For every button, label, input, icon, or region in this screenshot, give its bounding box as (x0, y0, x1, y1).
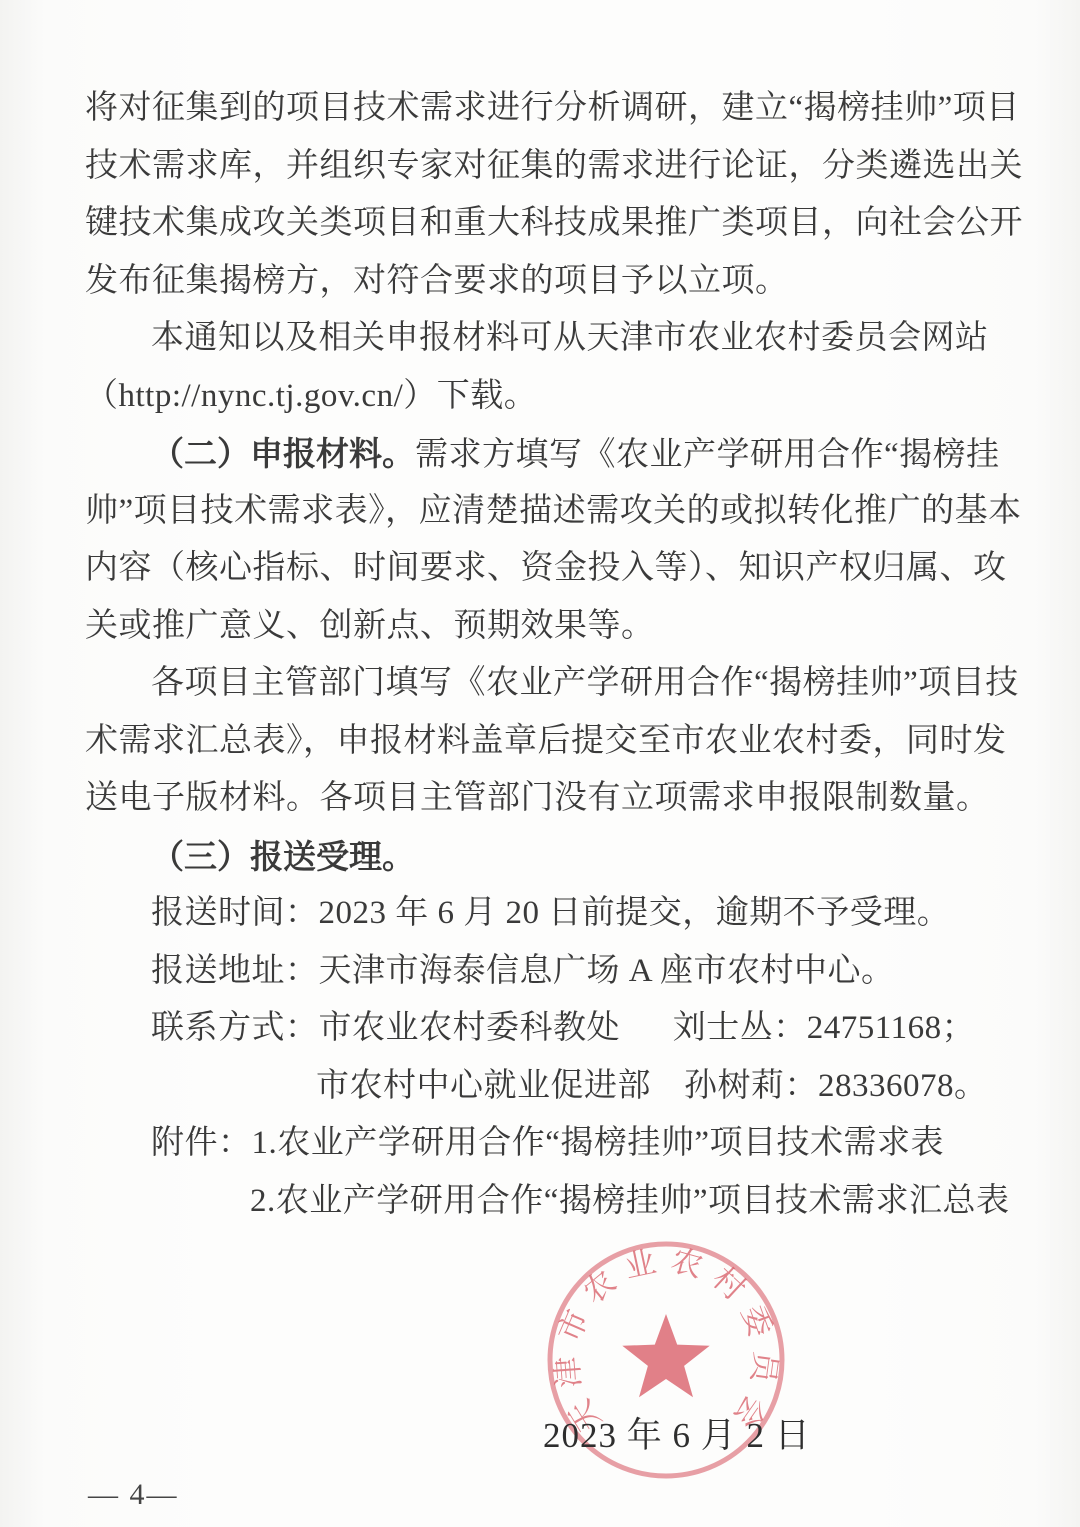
document-line: 市农村中心就业促进部孙树莉：28336078。 (85, 1058, 1010, 1116)
page-number: — 4— (88, 1478, 179, 1512)
document-text: 市农村中心就业促进部 (316, 1068, 651, 1104)
document-text: 技术需求库，并组织专家对征集的需求进行论证，分类遴选出关 (85, 148, 1023, 184)
document-text: 送电子版材料。各项目主管部门没有立项需求申报限制数量。 (85, 780, 990, 816)
document-line: 附件：1.农业产学研用合作“揭榜挂帅”项目技术需求表 (85, 1115, 1010, 1173)
document-line: （二）申报材料。需求方填写《农业产学研用合作“揭榜挂 (85, 425, 1010, 483)
document-line: 联系方式：市农业农村委科教处刘士丛：24751168； (85, 1000, 1010, 1058)
document-text: 各项目主管部门填写《农业产学研用合作“揭榜挂帅”项目技 (151, 665, 1019, 701)
document-line: 将对征集到的项目技术需求进行分析调研，建立“揭榜挂帅”项目 (85, 80, 1010, 138)
document-text: 联系方式：市农业农村委科教处 (151, 1010, 620, 1046)
document-line: 技术需求库，并组织专家对征集的需求进行论证，分类遴选出关 (85, 138, 1010, 196)
document-line: 各项目主管部门填写《农业产学研用合作“揭榜挂帅”项目技 (85, 655, 1010, 713)
document-line: 内容（核心指标、时间要求、资金投入等）、知识产权归属、攻 (85, 540, 1010, 598)
document-line: 报送时间：2023 年 6 月 20 日前提交，逾期不予受理。 (85, 885, 1010, 943)
document-lines: 将对征集到的项目技术需求进行分析调研，建立“揭榜挂帅”项目技术需求库，并组织专家… (85, 80, 1010, 1230)
document-text: 发布征集揭榜方，对符合要求的项目予以立项。 (85, 263, 789, 299)
document-text: 报送时间：2023 年 6 月 20 日前提交，逾期不予受理。 (151, 895, 950, 931)
document-page: 将对征集到的项目技术需求进行分析调研，建立“揭榜挂帅”项目技术需求库，并组织专家… (0, 0, 1080, 1527)
document-line: （http://nync.tj.gov.cn/）下载。 (85, 368, 1010, 426)
document-line: （三）报送受理。 (85, 828, 1010, 886)
document-text: 关或推广意义、创新点、预期效果等。 (85, 608, 655, 644)
document-text: 本通知以及相关申报材料可从天津市农业农村委员会网站 (151, 320, 989, 356)
document-text: 2.农业产学研用合作“揭榜挂帅”项目技术需求汇总表 (250, 1183, 1010, 1219)
signature-date: 2023 年 6 月 2 日 (543, 1408, 811, 1458)
document-line: 帅”项目技术需求表》，应清楚描述需攻关的或拟转化推广的基本 (85, 483, 1010, 541)
document-text: 报送地址：天津市海泰信息广场 A 座市农村中心。 (151, 953, 895, 989)
document-text-bold: （三）报送受理。 (151, 838, 415, 875)
document-text-bold: （二）申报材料。 (151, 435, 415, 472)
document-text: 内容（核心指标、时间要求、资金投入等）、知识产权归属、攻 (85, 550, 1007, 586)
document-text: 需求方填写《农业产学研用合作“揭榜挂 (415, 437, 1000, 473)
document-line: 关或推广意义、创新点、预期效果等。 (85, 598, 1010, 656)
document-line: 报送地址：天津市海泰信息广场 A 座市农村中心。 (85, 943, 1010, 1001)
document-text: 刘士丛：24751168； (673, 1010, 975, 1046)
document-text: 键技术集成攻关类项目和重大科技成果推广类项目，向社会公开 (85, 205, 1023, 241)
document-line: 本通知以及相关申报材料可从天津市农业农村委员会网站 (85, 310, 1010, 368)
document-text: 术需求汇总表》，申报材料盖章后提交至市农业农村委，同时发 (85, 723, 1007, 759)
document-line: 2.农业产学研用合作“揭榜挂帅”项目技术需求汇总表 (85, 1173, 1010, 1231)
document-text: 孙树莉：28336078。 (684, 1068, 988, 1104)
document-text: 帅”项目技术需求表》，应清楚描述需攻关的或拟转化推广的基本 (85, 493, 1022, 529)
document-text: 将对征集到的项目技术需求进行分析调研，建立“揭榜挂帅”项目 (85, 90, 1020, 126)
document-line: 术需求汇总表》，申报材料盖章后提交至市农业农村委，同时发 (85, 713, 1010, 771)
star-icon (622, 1314, 709, 1397)
document-line: 发布征集揭榜方，对符合要求的项目予以立项。 (85, 253, 1010, 311)
document-line: 键技术集成攻关类项目和重大科技成果推广类项目，向社会公开 (85, 195, 1010, 253)
document-text: 附件：1.农业产学研用合作“揭榜挂帅”项目技术需求表 (151, 1125, 944, 1161)
document-text: （http://nync.tj.gov.cn/）下载。 (85, 378, 537, 414)
document-line: 送电子版材料。各项目主管部门没有立项需求申报限制数量。 (85, 770, 1010, 828)
